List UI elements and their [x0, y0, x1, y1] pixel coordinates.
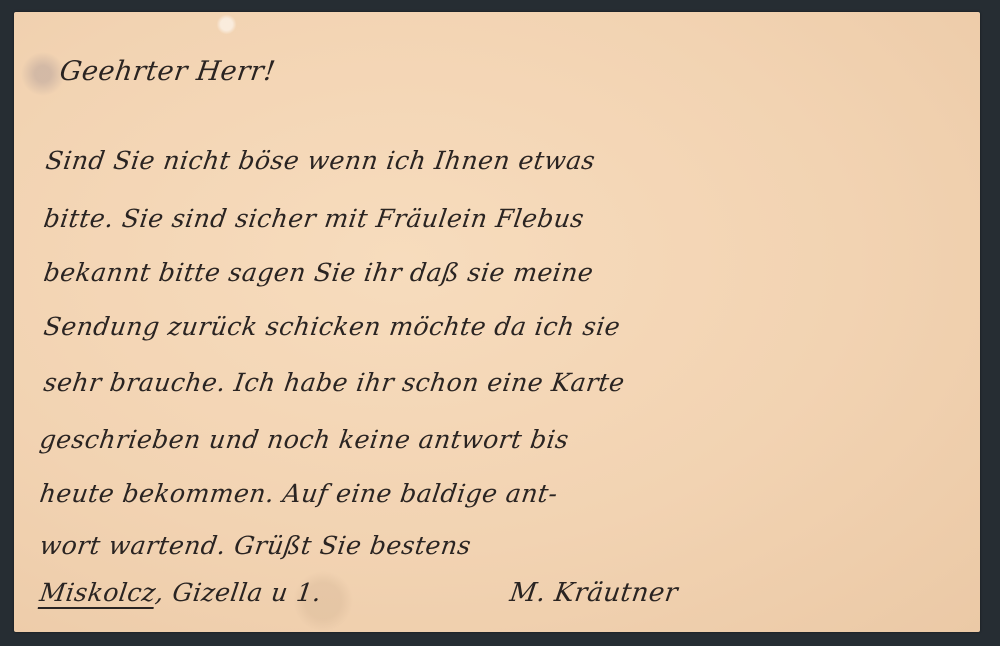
salutation: Geehrter Herr!	[58, 56, 278, 87]
letter-line-3: bekannt bitte sagen Sie ihr daß sie mein…	[42, 258, 595, 287]
letter-line-5: sehr brauche. Ich habe ihr schon eine Ka…	[42, 368, 627, 397]
sender-city: Miskolcz	[38, 578, 158, 607]
letter-line-7: heute bekommen. Auf eine baldige ant-	[38, 479, 560, 508]
postcard: Geehrter Herr! Sind Sie nicht böse wenn …	[14, 12, 980, 632]
letter-line-1: Sind Sie nicht böse wenn ich Ihnen etwas	[44, 146, 597, 175]
signature: M. Kräutner	[508, 578, 680, 608]
letter-line-4: Sendung zurück schicken möchte da ich si…	[42, 312, 622, 341]
letter-line-6: geschrieben und noch keine antwort bis	[38, 425, 571, 454]
letter-line-2: bitte. Sie sind sicher mit Fräulein Fleb…	[42, 204, 586, 233]
letter-line-8: wort wartend. Grüßt Sie bestens	[38, 531, 473, 560]
sender-street: , Gizella u 1.	[154, 578, 324, 607]
sender-address: Miskolcz, Gizella u 1.	[38, 578, 323, 607]
